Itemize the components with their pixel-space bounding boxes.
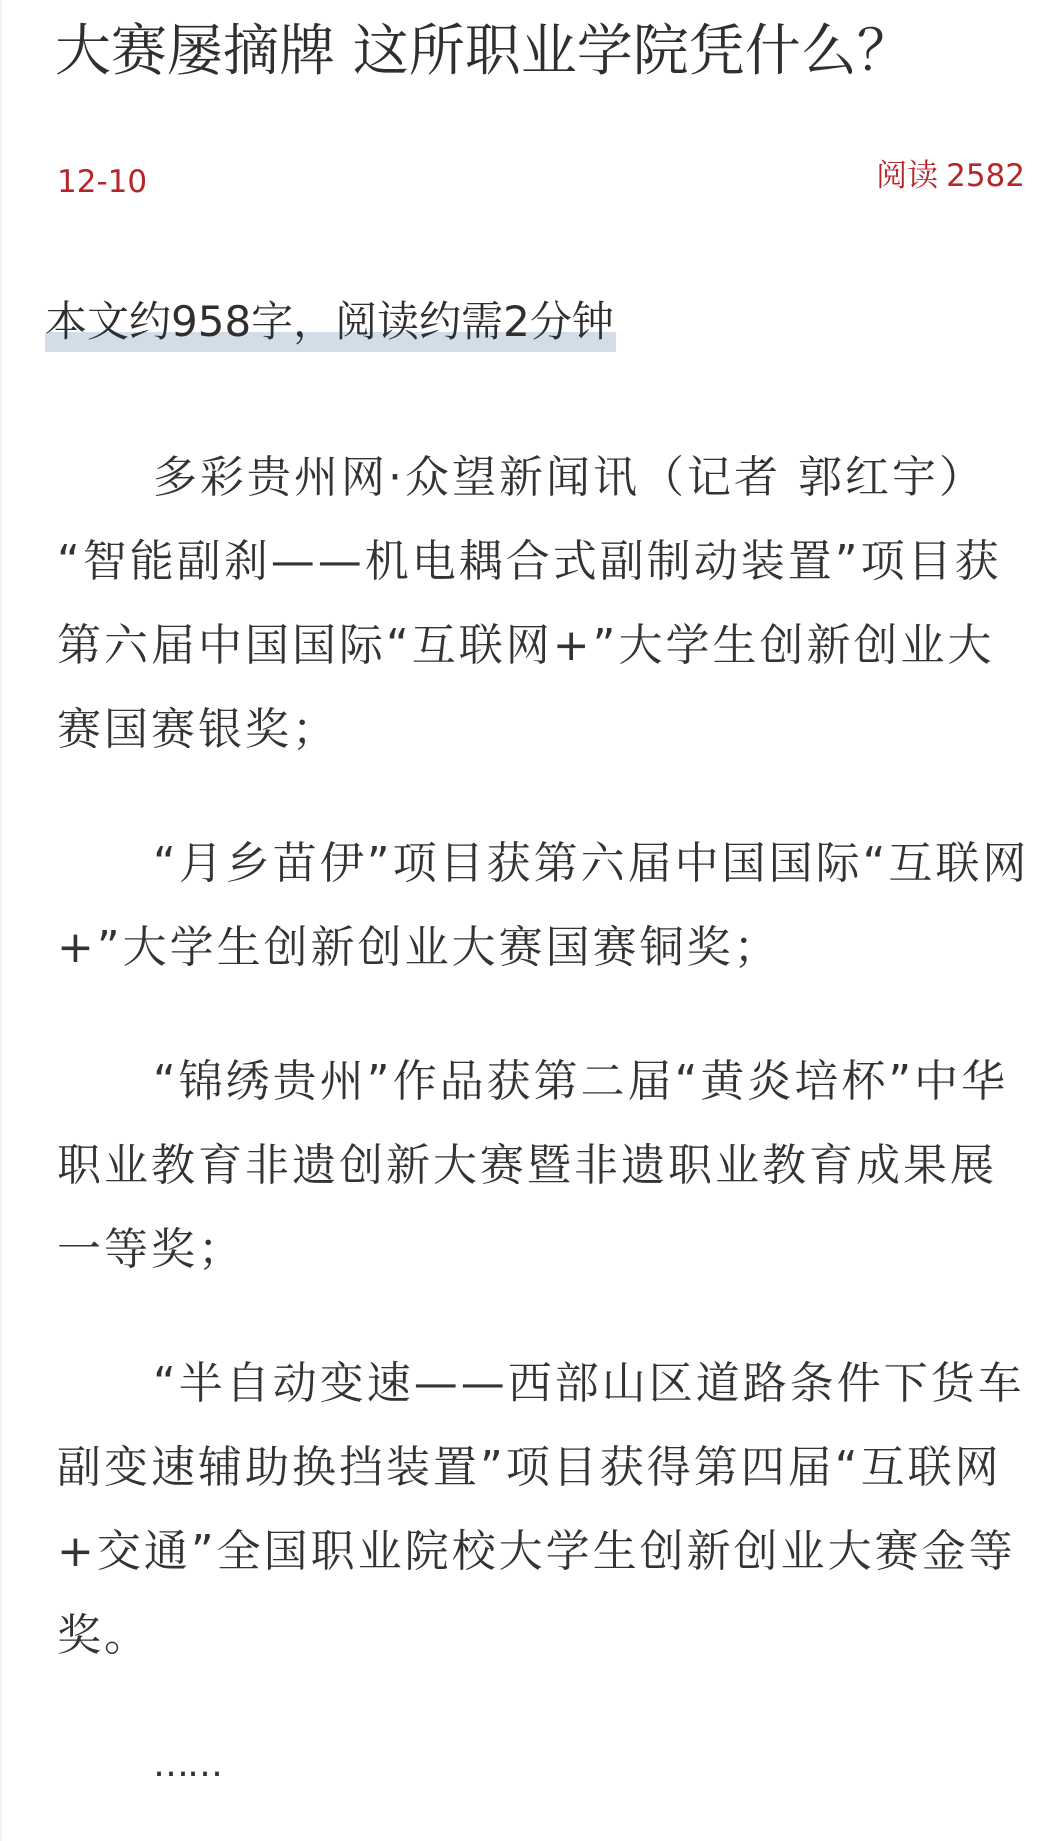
paragraph-line: 奖。 bbox=[57, 1594, 1029, 1678]
content-truncated-ellipsis: …… bbox=[153, 1745, 221, 1785]
paragraph-award-gold: “半自动变速——西部山区道路条件下货车 副变速辅助换挡装置”项目获得第四届“互联… bbox=[57, 1342, 1029, 1678]
paragraph-line: “锦绣贵州”作品获第二届“黄炎培杯”中华 bbox=[57, 1040, 1029, 1124]
read-count-label: 阅读 bbox=[876, 158, 938, 194]
reading-time-note: 本文约958字，阅读约需2分钟 bbox=[45, 292, 616, 352]
read-count: 阅读2582 bbox=[876, 156, 1025, 196]
read-count-value: 2582 bbox=[946, 158, 1025, 194]
paragraph-award-first-prize: “锦绣贵州”作品获第二届“黄炎培杯”中华 职业教育非遗创新大赛暨非遗职业教育成果… bbox=[57, 1040, 1029, 1292]
article-title: 大赛屡摘牌 这所职业学院凭什么？ bbox=[55, 14, 1035, 90]
paragraph-line: +交通”全国职业院校大学生创新创业大赛金等 bbox=[57, 1510, 1029, 1594]
paragraph-line: 赛国赛银奖； bbox=[57, 688, 1029, 772]
paragraph-line: “半自动变速——西部山区道路条件下货车 bbox=[57, 1342, 1029, 1426]
paragraph-line: 职业教育非遗创新大赛暨非遗职业教育成果展 bbox=[57, 1124, 1029, 1208]
article-meta: 12-10 阅读2582 bbox=[57, 154, 1025, 204]
paragraph-line: “月乡苗伊”项目获第六届中国国际“互联网 bbox=[57, 822, 1029, 906]
paragraph-line: 副变速辅助换挡装置”项目获得第四届“互联网 bbox=[57, 1426, 1029, 1510]
paragraph-line: 一等奖； bbox=[57, 1208, 1029, 1292]
paragraph-award-silver: 多彩贵州网·众望新闻讯（记者 郭红宇） “智能副刹——机电耦合式副制动装置”项目… bbox=[57, 436, 1029, 772]
paragraph-line: +”大学生创新创业大赛国赛铜奖； bbox=[57, 906, 1029, 990]
publish-date: 12-10 bbox=[57, 162, 147, 202]
page-left-border bbox=[0, 0, 2, 1841]
paragraph-line: 多彩贵州网·众望新闻讯（记者 郭红宇） bbox=[57, 436, 1029, 520]
article-body: 多彩贵州网·众望新闻讯（记者 郭红宇） “智能副刹——机电耦合式副制动装置”项目… bbox=[57, 436, 1029, 1728]
paragraph-line: “智能副刹——机电耦合式副制动装置”项目获 bbox=[57, 520, 1029, 604]
paragraph-award-bronze: “月乡苗伊”项目获第六届中国国际“互联网 +”大学生创新创业大赛国赛铜奖； bbox=[57, 822, 1029, 990]
paragraph-line: 第六届中国国际“互联网+”大学生创新创业大 bbox=[57, 604, 1029, 688]
